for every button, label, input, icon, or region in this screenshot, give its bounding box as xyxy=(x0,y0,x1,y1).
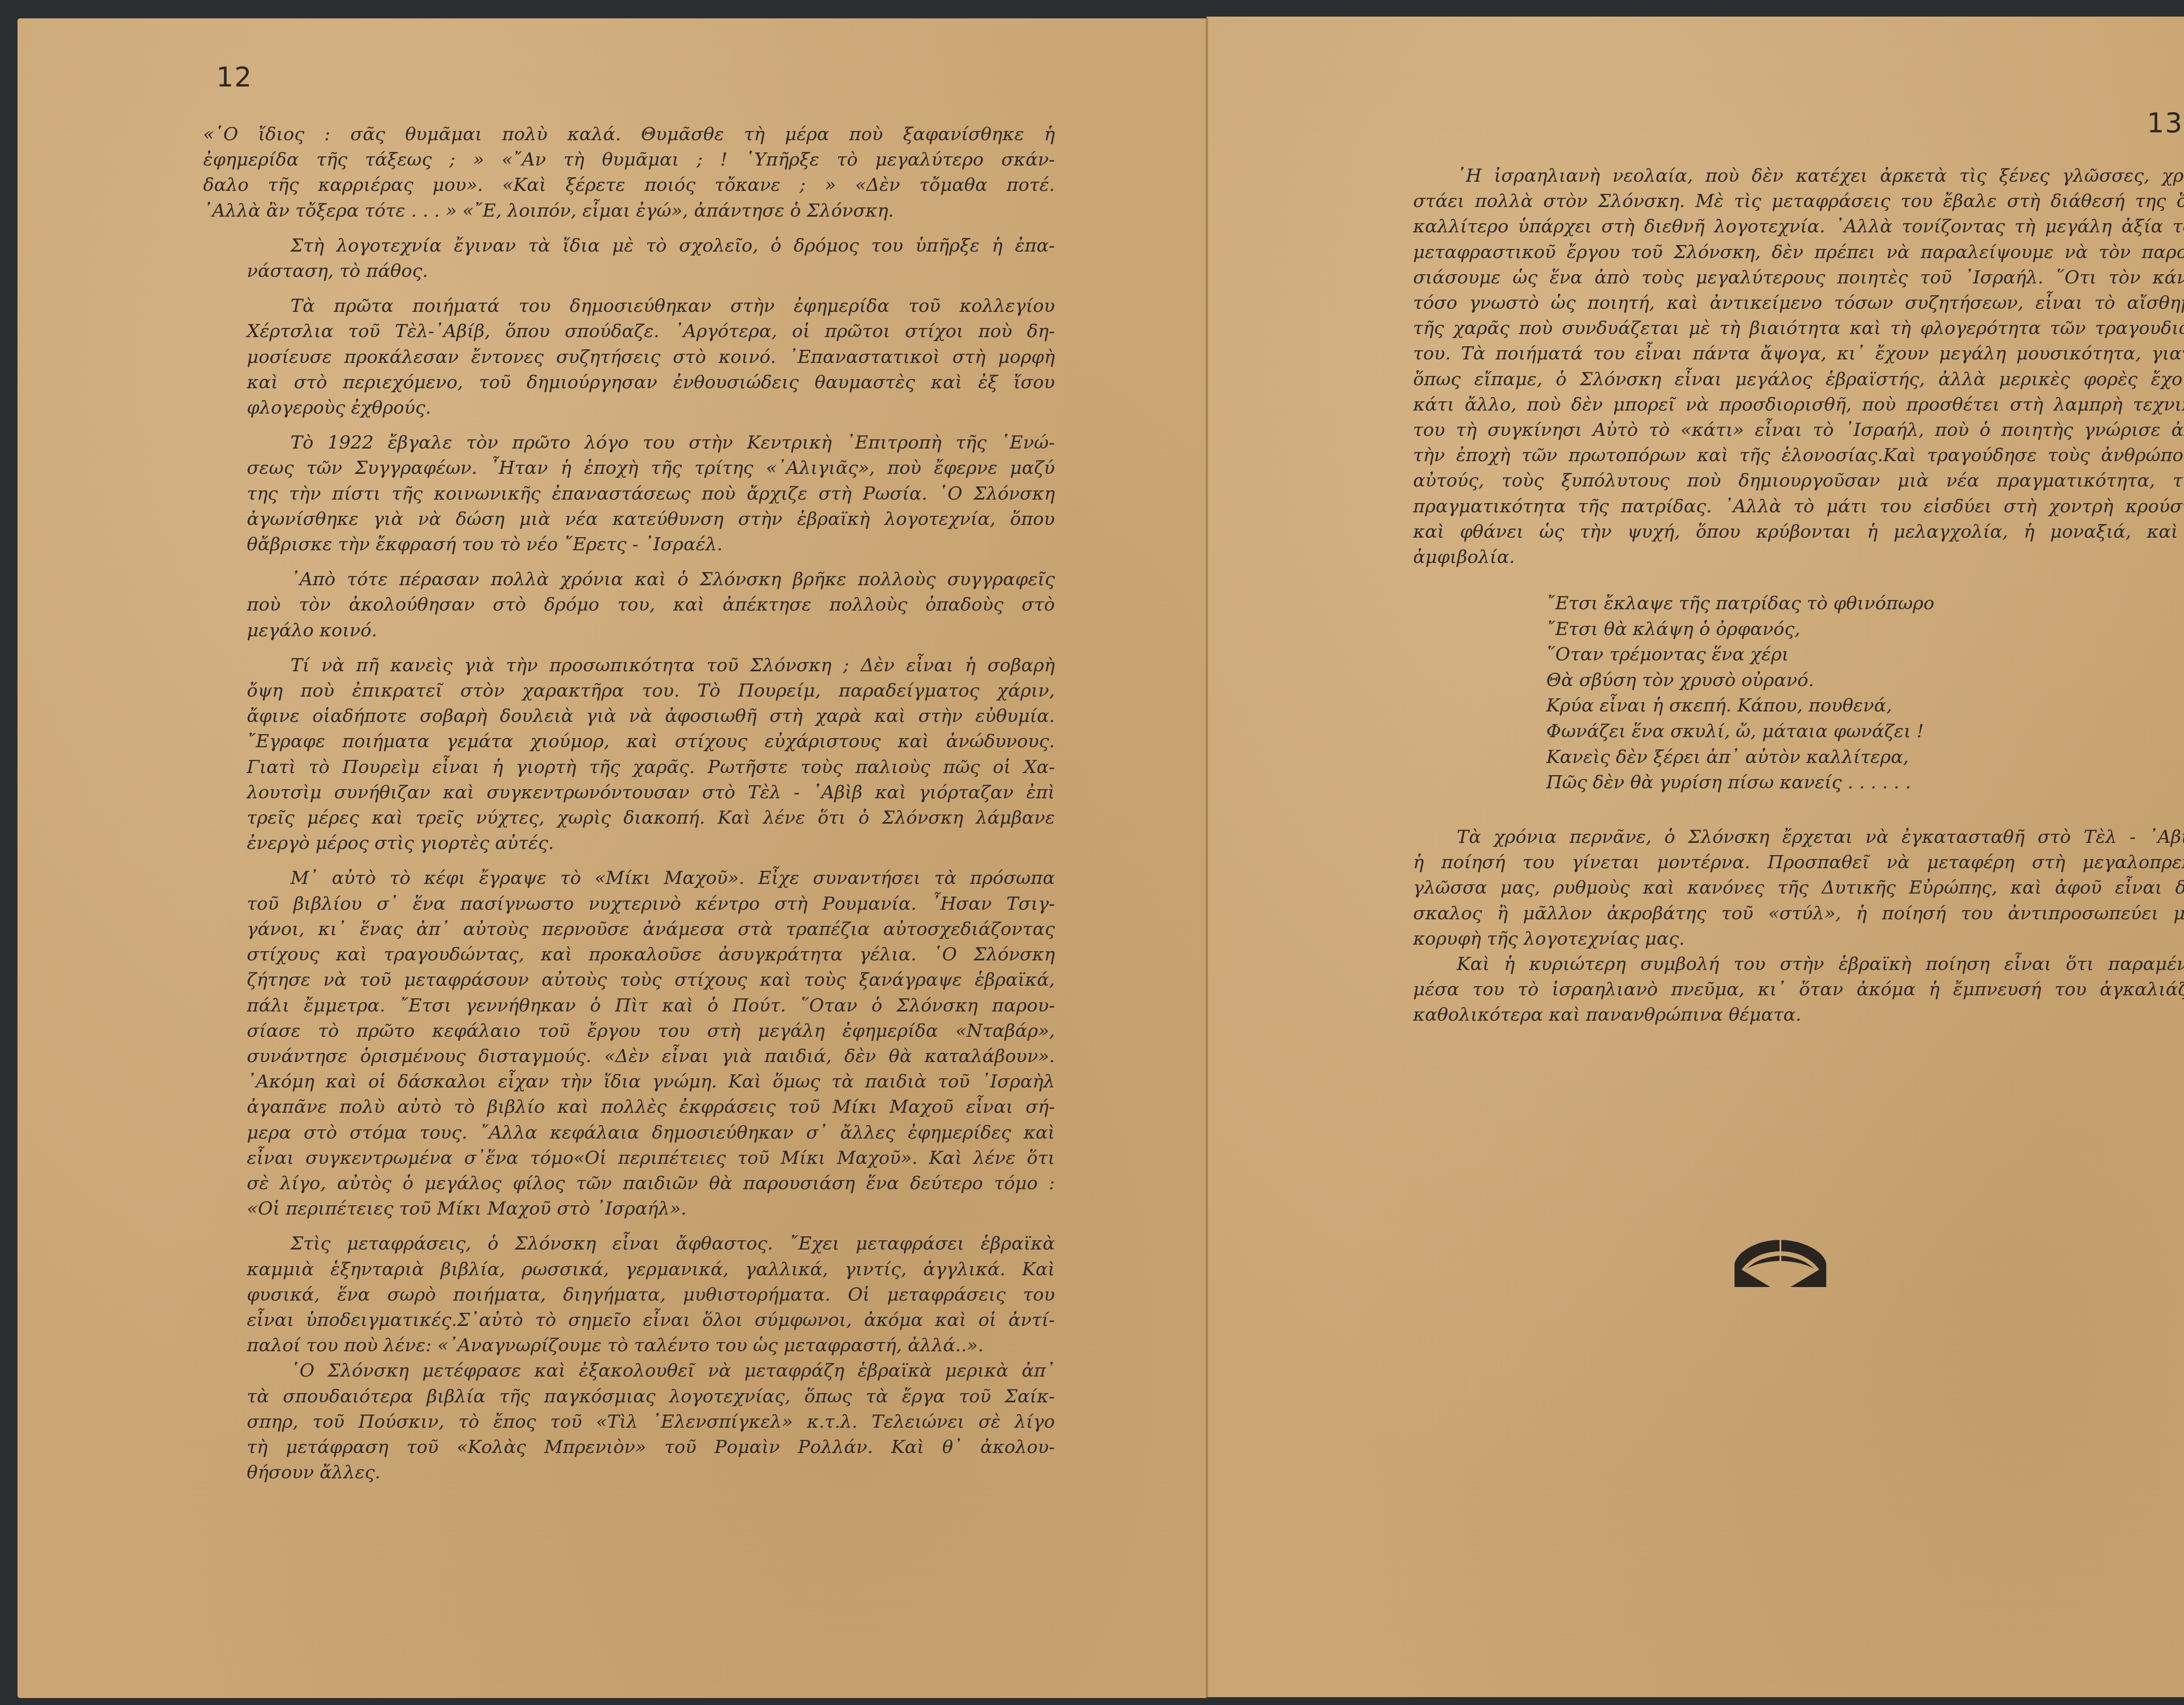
text-line: εἶναι συγκεντρωμένα σ᾿ἕνα τόμο«Οἱ περιπέ… xyxy=(203,1145,1055,1170)
paragraph: Τὰ χρόνια περνᾶνε, ὁ Σλόνσκη ἔρχεται νὰ … xyxy=(1369,824,2184,951)
text-line: τόσο γνωστὸ ὡς ποιητή, καὶ ἀντικείμενο τ… xyxy=(1369,290,2184,315)
text-line: καὶ φθάνει ὡς τὴν ψυχή, ὅπου κρύβονται ἡ… xyxy=(1369,519,2184,544)
text-line: ῎Εγραφε ποιήματα γεμάτα χιούμορ, καὶ στί… xyxy=(203,728,1055,754)
text-line: μέσα του τὸ ἰσραηλιανὸ πνεῦμα, κι᾿ ὅταν … xyxy=(1369,977,2184,1002)
text-line: σκαλος ἢ μᾶλλον ἀκροβάτης τοῦ «στύλ», ἡ … xyxy=(1369,901,2184,926)
text-line: ζήτησε νὰ τοῦ μεταφράσουν αὐτοὺς τοὺς στ… xyxy=(203,967,1055,992)
paragraph: Τὰ πρῶτα ποιήματά του δημοσιεύθηκαν στὴν… xyxy=(203,293,1055,420)
text-line: «Οἱ περιπέτειες τοῦ Μίκι Μαχοῦ στὸ ᾿Ισρα… xyxy=(203,1196,1055,1221)
paragraph: Τί νὰ πῆ κανεὶς γιὰ τὴν προσωπικότητα το… xyxy=(203,652,1055,856)
text-line: καθολικότερα καὶ πανανθρώπινα θέματα. xyxy=(1369,1002,2184,1027)
text-line: ὄψη ποὺ ἐπικρατεῖ στὸν χαρακτῆρα του. Τὸ… xyxy=(203,678,1055,703)
text-line: Στὴ λογοτεχνία ἔγιναν τὰ ἴδια μὲ τὸ σχολ… xyxy=(203,233,1055,258)
text-line: καλλίτερο ὑπάρχει στὴ διεθνῆ λογοτεχνία.… xyxy=(1369,214,2184,239)
text-line: αὐτούς, τοὺς ξυπόλυτους ποὺ δημιουργοῦσα… xyxy=(1369,468,2184,493)
text-line: μεταφραστικοῦ ἔργου τοῦ Σλόνσκη, δὲν πρέ… xyxy=(1369,239,2184,265)
poem-block: ῎Ετσι ἔκλαψε τῆς πατρίδας τὸ φθινόπωρο῎Ε… xyxy=(1546,590,2070,795)
text-line: δαλο τῆς καρριέρας μου». «Καὶ ξέρετε ποι… xyxy=(203,172,1055,197)
paragraph: Στὶς μεταφράσεις, ὁ Σλόνσκη εἶναι ἄφθαστ… xyxy=(203,1231,1055,1358)
poem-verse: Κανεὶς δὲν ξέρει ἀπ᾿ αὐτὸν καλλίτερα, xyxy=(1546,744,2070,770)
text-line: λουτσὶμ συνήθιζαν καὶ συγκεντρωνόντουσαν… xyxy=(203,780,1055,805)
text-line: ᾿Απὸ τότε πέρασαν πολλὰ χρόνια καὶ ὁ Σλό… xyxy=(203,566,1055,592)
text-line: εἶναι ὑποδειγματικές.Σ᾿αὐτὸ τὸ σημεῖο εἶ… xyxy=(203,1307,1055,1332)
text-line: στίχους καὶ τραγουδώντας, καὶ προκαλοῦσε… xyxy=(203,942,1055,967)
text-line: κάτι ἄλλο, ποὺ δὲν μπορεῖ νὰ προσδιορισθ… xyxy=(1369,392,2184,417)
text-line: πάλι ἔμμετρα. ῎Ετσι γεννήθηκαν ὁ Πὶτ καὶ… xyxy=(203,993,1055,1018)
text-line: τὰ σπουδαιότερα βιβλία τῆς παγκόσμιας λο… xyxy=(203,1384,1055,1409)
text-line: τρεῖς μέρες καὶ τρεῖς νύχτες, χωρὶς διακ… xyxy=(203,805,1055,830)
text-line: μερα στὸ στόμα τους. ῎Αλλα κεφάλαια δημο… xyxy=(203,1120,1055,1145)
paragraph: «῾Ο ἴδιος : σᾶς θυμᾶμαι πολὺ καλά. Θυμᾶσ… xyxy=(203,121,1055,223)
text-line: ᾿Ακόμη καὶ οἱ δάσκαλοι εἶχαν τὴν ἴδια γν… xyxy=(203,1069,1055,1094)
text-line: νάσταση, τὸ πάθος. xyxy=(203,258,1055,283)
text-line: Μ᾿ αὐτὸ τὸ κέφι ἔγραψε τὸ «Μίκι Μαχοῦ». … xyxy=(203,865,1055,890)
poem-verse: Θὰ σβύση τὸν χρυσὸ οὐρανό. xyxy=(1546,667,2070,693)
text-line: «῾Ο ἴδιος : σᾶς θυμᾶμαι πολὺ καλά. Θυμᾶσ… xyxy=(203,121,1055,147)
text-line: στάει πολλὰ στὸν Σλόνσκη. Μὲ τὶς μεταφρά… xyxy=(1369,188,2184,214)
text-line: φυσικά, ἕνα σωρὸ ποιήματα, διηγήματα, μυ… xyxy=(203,1282,1055,1307)
poem-verse: Κρύα εἶναι ἡ σκεπή. Κάπου, πουθενά, xyxy=(1546,693,2070,718)
paragraph: ῾Ο Σλόνσκη μετέφρασε καὶ ἐξακολουθεῖ νὰ … xyxy=(203,1358,1055,1485)
text-line: σεως τῶν Συγγραφέων. ῏Ηταν ἡ ἐποχὴ τῆς τ… xyxy=(203,455,1055,480)
poem-verse: Φωνάζει ἕνα σκυλί, ὤ, μάταια φωνάζει ! xyxy=(1546,718,2070,744)
text-line: τοῦ βιβλίου σ᾿ ἕνα πασίγνωστο νυχτερινὸ … xyxy=(203,891,1055,916)
poem-verse: ῎Ετσι θὰ κλάψη ὁ ὀρφανός, xyxy=(1546,616,2070,642)
text-line: πραγματικότητα τῆς πατρίδας. ᾿Αλλὰ τὸ μά… xyxy=(1369,494,2184,519)
paragraph: ῾Η ἰσραηλιανὴ νεολαία, ποὺ δὲν κατέχει ἀ… xyxy=(1369,163,2184,569)
fan-ornament-icon xyxy=(1732,1238,1829,1288)
text-line: σιάσουμε ὡς ἕνα ἀπὸ τοὺς μεγαλύτερους πο… xyxy=(1369,265,2184,290)
text-line: γλῶσσα μας, ρυθμοὺς καὶ κανόνες τῆς Δυτι… xyxy=(1369,875,2184,900)
text-line: γάνοι, κι᾿ ἕνας ἀπ᾿ αὐτοὺς περνοῦσε ἀνάμ… xyxy=(203,916,1055,942)
poem-verse: ῞Οταν τρέμοντας ἕνα χέρι xyxy=(1546,642,2070,667)
text-line: κορυφὴ τῆς λογοτεχνίας μας. xyxy=(1369,926,2184,951)
text-line: ἐφημερίδα τῆς τάξεως ; » «῎Αν τὴ θυμᾶμαι… xyxy=(203,147,1055,172)
text-line: μεγάλο κοινό. xyxy=(203,618,1055,643)
book-gutter xyxy=(1206,17,1208,1698)
paragraph: Στὴ λογοτεχνία ἔγιναν τὰ ἴδια μὲ τὸ σχολ… xyxy=(203,233,1055,283)
text-line: ἀγωνίσθηκε γιὰ νὰ δώση μιὰ νέα κατεύθυνσ… xyxy=(203,506,1055,532)
text-line: τὴ μετάφραση τοῦ «Κολὰς Μπρενιὸν» τοῦ Ρο… xyxy=(203,1434,1055,1460)
text-line: ἐνεργὸ μέρος στὶς γιορτὲς αὐτές. xyxy=(203,830,1055,856)
text-line: καὶ στὸ περιεχόμενο, τοῦ δημιούργησαν ἐν… xyxy=(203,369,1055,395)
text-line: μοσίευσε προκάλεσαν ἔντονες συζητήσεις σ… xyxy=(203,344,1055,369)
poem-verse: Πῶς δὲν θὰ γυρίση πίσω κανείς . . . . . … xyxy=(1546,770,2070,795)
text-line: τῆς χαρᾶς ποὺ συνδυάζεται μὲ τὴ βιαιότητ… xyxy=(1369,315,2184,341)
left-page-body: «῾Ο ἴδιος : σᾶς θυμᾶμαι πολὺ καλά. Θυμᾶσ… xyxy=(203,121,1055,1485)
text-line: ἄφινε οἱαδήποτε σοβαρὴ δουλειὰ γιὰ νὰ ἀφ… xyxy=(203,703,1055,728)
text-line: ἡ ποίησή του γίνεται μοντέρνα. Προσπαθεῖ… xyxy=(1369,849,2184,875)
text-line: συνάντησε ὁρισμένους δισταγμούς. «Δὲν εἶ… xyxy=(203,1043,1055,1069)
page-number-right: 13 xyxy=(2147,107,2183,139)
text-line: ποὺ τὸν ἀκολούθησαν στὸ δρόμο του, καὶ ἀ… xyxy=(203,592,1055,617)
text-line: ῾Ο Σλόνσκη μετέφρασε καὶ ἐξακολουθεῖ νὰ … xyxy=(203,1358,1055,1383)
text-line: Τὰ χρόνια περνᾶνε, ὁ Σλόνσκη ἔρχεται νὰ … xyxy=(1369,824,2184,849)
text-line: ἀμφιβολία. xyxy=(1369,544,2184,569)
text-line: σίασε τὸ πρῶτο κεφάλαιο τοῦ ἔργου του στ… xyxy=(203,1018,1055,1043)
text-line: Τὰ πρῶτα ποιήματά του δημοσιεύθηκαν στὴν… xyxy=(203,293,1055,318)
text-line: Τὸ 1922 ἔβγαλε τὸν πρῶτο λόγο του στὴν Κ… xyxy=(203,430,1055,455)
text-line: ῾Η ἰσραηλιανὴ νεολαία, ποὺ δὲν κατέχει ἀ… xyxy=(1369,163,2184,188)
text-line: Καὶ ἡ κυριώτερη συμβολή του στὴν ἑβραϊκὴ… xyxy=(1369,951,2184,977)
text-line: σὲ λίγο, αὐτὸς ὁ μεγάλος φίλος τῶν παιδι… xyxy=(203,1170,1055,1196)
text-line: Τί νὰ πῆ κανεὶς γιὰ τὴν προσωπικότητα το… xyxy=(203,652,1055,678)
text-line: Γιατὶ τὸ Πουρεὶμ εἶναι ἡ γιορτὴ τῆς χαρᾶ… xyxy=(203,754,1055,780)
text-line: ἀγαπᾶνε πολὺ αὐτὸ τὸ βιβλίο καὶ πολλὲς ἐ… xyxy=(203,1094,1055,1119)
text-line: του τὴ συγκίνησι Αὐτὸ τὸ «κάτι» εἶναι τὸ… xyxy=(1369,417,2184,442)
page-number-left: 12 xyxy=(216,61,252,93)
text-line: Χέρτσλια τοῦ Τὲλ-᾿Αβίβ, ὅπου σπούδαζε. ᾿… xyxy=(203,318,1055,344)
text-line: της τὴν πίστι τῆς κοινωνικῆς ἐπαναστάσεω… xyxy=(203,481,1055,506)
text-line: του. Τὰ ποιήματά του εἶναι πάντα ἄψογα, … xyxy=(1369,341,2184,366)
text-line: παλοί του ποὺ λένε: «᾿Αναγνωρίζουμε τὸ τ… xyxy=(203,1332,1055,1358)
text-line: θήσουν ἄλλες. xyxy=(203,1460,1055,1485)
right-page-body-top: ῾Η ἰσραηλιανὴ νεολαία, ποὺ δὲν κατέχει ἀ… xyxy=(1369,163,2184,569)
poem-verse: ῎Ετσι ἔκλαψε τῆς πατρίδας τὸ φθινόπωρο xyxy=(1546,590,2070,616)
text-line: ᾿Αλλὰ ἂν τὄξερα τότε . . . » «῎Ε, λοιπόν… xyxy=(203,198,1055,223)
text-line: Στὶς μεταφράσεις, ὁ Σλόνσκη εἶναι ἄφθαστ… xyxy=(203,1231,1055,1256)
right-page-body-bottom: Τὰ χρόνια περνᾶνε, ὁ Σλόνσκη ἔρχεται νὰ … xyxy=(1369,824,2184,1028)
paragraph: ᾿Απὸ τότε πέρασαν πολλὰ χρόνια καὶ ὁ Σλό… xyxy=(203,566,1055,643)
text-line: καμμιὰ ἑξηνταριὰ βιβλία, ρωσσικά, γερμαν… xyxy=(203,1256,1055,1282)
text-line: σπηρ, τοῦ Πούσκιν, τὸ ἔπος τοῦ «Τὶλ ᾿Ελε… xyxy=(203,1409,1055,1434)
paragraph: Μ᾿ αὐτὸ τὸ κέφι ἔγραψε τὸ «Μίκι Μαχοῦ». … xyxy=(203,865,1055,1221)
paragraph: Καὶ ἡ κυριώτερη συμβολή του στὴν ἑβραϊκὴ… xyxy=(1369,951,2184,1028)
text-line: θἄβρισκε τὴν ἔκφρασή του τὸ νέο ῎Ερετς -… xyxy=(203,532,1055,557)
text-line: τὴν ἐποχὴ τῶν πρωτοπόρων καὶ τῆς ἑλονοσί… xyxy=(1369,442,2184,468)
text-line: ὅπως εἴπαμε, ὁ Σλόνσκη εἶναι μεγάλος ἑβρ… xyxy=(1369,366,2184,392)
text-line: φλογεροὺς ἐχθρούς. xyxy=(203,395,1055,420)
paragraph: Τὸ 1922 ἔβγαλε τὸν πρῶτο λόγο του στὴν Κ… xyxy=(203,430,1055,557)
